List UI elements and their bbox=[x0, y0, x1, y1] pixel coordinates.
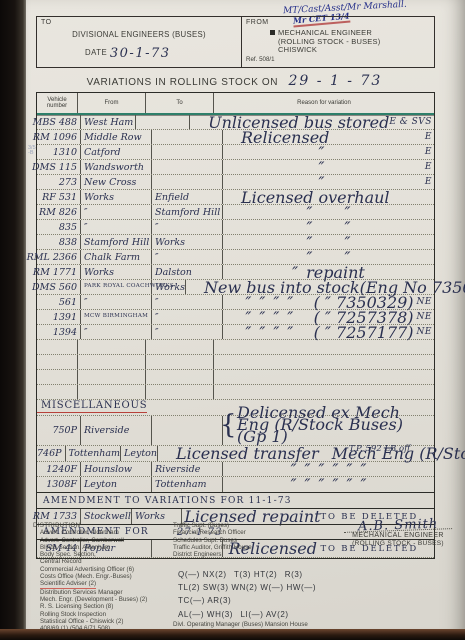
column-header-to: To bbox=[146, 93, 214, 113]
reason-text: ″ ″ ″ ″ bbox=[225, 323, 314, 342]
from-box: FROM MECHANICAL ENGINEER (ROLLING STOCK … bbox=[242, 17, 434, 67]
cell-empty bbox=[146, 340, 214, 354]
cell-to: ″ bbox=[152, 220, 223, 234]
garage-codes-line: TL(2) SW(3) WN(2) W(—) HW(—) bbox=[178, 581, 316, 594]
cell-vehicle-number: 1391 bbox=[37, 310, 81, 324]
cell-empty bbox=[214, 340, 434, 354]
distribution-item: Statistical Office - Chiswick (2) bbox=[33, 618, 173, 625]
garage-codes-line: AL(—) WH(3) LI(—) AV(2) bbox=[178, 608, 316, 621]
cell-vehicle-number: RML 2366 bbox=[37, 250, 81, 264]
cell-reason: ″ ″ ″ ″( ″ 7257177)NE bbox=[223, 325, 434, 339]
cell-vehicle-number: DMS 560 bbox=[37, 280, 81, 294]
cell-vehicle-number: RF 531 bbox=[37, 190, 81, 204]
cell-from: Works bbox=[81, 265, 152, 279]
cell-empty bbox=[146, 355, 214, 369]
distribution-title: DISTRIBUTION bbox=[33, 522, 173, 529]
garage-allocation-codes: Q(—) NX(2) T(3) HT(2) R(3)TL(2) SW(3) WN… bbox=[178, 568, 316, 621]
distribution-item: Advert. Controller, Aldenham bbox=[33, 529, 173, 536]
distribution-item: Distribution Services Manager bbox=[33, 589, 173, 596]
date-label: DATE bbox=[85, 48, 107, 57]
cell-vehicle-number: RM 1096 bbox=[37, 130, 81, 144]
column-header-from: From bbox=[78, 93, 146, 113]
status-code: E bbox=[418, 177, 432, 187]
cell-from: MCW BIRMINGHAM bbox=[81, 310, 152, 324]
cell-reason: ″ ″ ″ ″ ″ ″ bbox=[223, 477, 434, 492]
cell-empty bbox=[214, 385, 434, 399]
distribution-item: Costs Office (Mech. Engr.-Buses) bbox=[33, 573, 173, 580]
cell-vehicle-number: 835 bbox=[37, 220, 81, 234]
cell-to bbox=[152, 130, 223, 144]
cell-vehicle-number: 1394 bbox=[37, 325, 81, 339]
cell-from: Chalk Farm bbox=[81, 250, 152, 264]
table-row-empty bbox=[37, 370, 434, 385]
cell-from: Wandsworth bbox=[81, 160, 152, 174]
reference-number: Ref. 508/1 bbox=[246, 56, 275, 63]
table-row-empty bbox=[37, 355, 434, 370]
cell-to: Works bbox=[152, 280, 186, 294]
status-code: NE bbox=[417, 312, 432, 322]
cell-to: Leyton bbox=[121, 446, 158, 461]
cell-from: PARK ROYAL COACHWORKS bbox=[81, 280, 152, 294]
cell-to bbox=[152, 145, 223, 159]
column-header-reason: Reason for variation bbox=[214, 93, 434, 113]
title-date-handwritten: 29 - 1 - 73 bbox=[289, 73, 383, 89]
distribution-item: Blinds Section, Aldenham bbox=[33, 544, 173, 551]
status-code: NE bbox=[417, 327, 432, 337]
cell-empty bbox=[78, 385, 146, 399]
cell-from: Riverside bbox=[81, 416, 152, 445]
cell-to: ″ bbox=[152, 295, 223, 309]
table-body: MBS 488West HamUnlicensed bus storedE & … bbox=[37, 115, 434, 558]
distribution-left-column: DISTRIBUTION Advert. Controller, Aldenha… bbox=[33, 522, 173, 632]
cell-empty bbox=[146, 370, 214, 384]
date-value-handwritten: 30-1-73 bbox=[110, 46, 171, 61]
cell-vehicle-number: 1310 bbox=[37, 145, 81, 159]
cell-to: ″ bbox=[152, 250, 223, 264]
cell-from: Catford bbox=[81, 145, 152, 159]
signature-script: A.B. Smith bbox=[344, 520, 453, 533]
cell-vehicle-number: RM 1771 bbox=[37, 265, 81, 279]
distribution-item: Mech. Engr. (Development - Buses) (2) bbox=[33, 596, 173, 603]
cell-to: Riverside bbox=[152, 462, 223, 476]
distribution-item: Commercial Advertising Officer (6) bbox=[33, 566, 173, 573]
bullet-square-icon bbox=[270, 30, 275, 35]
cell-empty bbox=[78, 370, 146, 384]
variations-table: Vehicle number From To Reason for variat… bbox=[36, 92, 435, 559]
cell-reason: ″ ″ ″ ″ ″ ″ bbox=[223, 462, 434, 476]
garage-codes-line: Q(—) NX(2) T(3) HT(2) R(3) bbox=[178, 568, 316, 581]
cell-empty bbox=[37, 355, 78, 369]
status-code: E & SVS bbox=[389, 117, 432, 127]
table-row-empty bbox=[37, 385, 434, 400]
cell-vehicle-number: 273 bbox=[37, 175, 81, 189]
status-code: E bbox=[418, 132, 432, 142]
address-header: TO DIVISIONAL ENGINEERS (BUSES) DATE 30-… bbox=[36, 16, 435, 68]
cell-vehicle-number: RM 826 bbox=[37, 205, 81, 219]
table-row-empty bbox=[37, 340, 434, 355]
cell-to: Stamford Hill bbox=[152, 205, 223, 219]
cell-to: ″ bbox=[152, 310, 223, 324]
cell-empty bbox=[78, 340, 146, 354]
distribution-item: Financial Research Officer bbox=[173, 529, 323, 536]
column-header-vehicle-number: Vehicle number bbox=[37, 93, 78, 113]
distribution-item: Advert. Controller, Camberwell bbox=[33, 537, 173, 544]
distribution-item: District Engineers bbox=[173, 551, 323, 558]
sender-line3: CHISWICK bbox=[278, 46, 380, 55]
signature-block: A.B. Smith MECHANICAL ENGINEER (ROLLING … bbox=[328, 522, 465, 547]
section-label-miscellaneous: MISCELLANEOUS bbox=[37, 400, 147, 413]
sender-line1: MECHANICAL ENGINEER bbox=[278, 28, 372, 37]
cell-vehicle-number: 1308F bbox=[37, 477, 81, 492]
garage-codes-line: TC(—) AR(3) bbox=[178, 594, 316, 607]
cell-from: ″ bbox=[81, 205, 152, 219]
date-line: DATE 30-1-73 bbox=[85, 46, 171, 61]
cell-from: ″ bbox=[81, 295, 152, 309]
signatory-title-line2: (ROLLING STOCK - BUSES) bbox=[328, 540, 465, 547]
scanned-memo-page: MT/Cast/Asst/Mr Marshall. Mr CET 13/4 3/… bbox=[0, 0, 465, 640]
cell-from: New Cross bbox=[81, 175, 152, 189]
cell-empty bbox=[37, 385, 78, 399]
distribution-footer: Divl. Operating Manager (Buses) Mansion … bbox=[173, 621, 308, 628]
cell-from: West Ham bbox=[81, 115, 136, 129]
cell-vehicle-number: 746P bbox=[37, 446, 66, 461]
cell-empty bbox=[37, 340, 78, 354]
cell-to bbox=[152, 416, 223, 445]
table-row: 750PRiverside{Delicensed ex Mech Eng (R/… bbox=[37, 416, 434, 446]
cell-vehicle-number: DMS 115 bbox=[37, 160, 81, 174]
cell-to: Enfield bbox=[152, 190, 223, 204]
status-code: E bbox=[418, 147, 432, 157]
cell-empty bbox=[37, 370, 78, 384]
cell-to bbox=[136, 115, 191, 129]
margin-pencil-note: 3/5 -B bbox=[28, 146, 36, 156]
to-recipient: DIVISIONAL ENGINEERS (BUSES) bbox=[37, 30, 241, 39]
cell-from: Leyton bbox=[81, 477, 152, 492]
cell-from: Hounslow bbox=[81, 462, 152, 476]
cell-empty bbox=[146, 385, 214, 399]
cell-vehicle-number: 1240F bbox=[37, 462, 81, 476]
cell-reason: {Delicensed ex Mech Eng (R/Stock Buses) … bbox=[223, 416, 434, 445]
from-label: FROM bbox=[246, 19, 269, 26]
distribution-item: Central Record bbox=[33, 558, 173, 565]
cell-from: Middle Row bbox=[81, 130, 152, 144]
distribution-item: R. S. Licensing Section (8) bbox=[33, 603, 173, 610]
to-box: TO DIVISIONAL ENGINEERS (BUSES) DATE 30-… bbox=[37, 17, 242, 67]
table-row: 1308FLeytonTottenham″ ″ ″ ″ ″ ″ bbox=[37, 477, 434, 493]
status-code: NE bbox=[417, 297, 432, 307]
cell-to: Tottenham bbox=[152, 477, 223, 492]
cell-vehicle-number: MBS 488 bbox=[37, 115, 81, 129]
cell-to: Works bbox=[152, 235, 223, 249]
scan-left-edge bbox=[0, 0, 27, 640]
from-address: MECHANICAL ENGINEER (ROLLING STOCK - BUS… bbox=[270, 29, 380, 55]
distribution-item: Traffic Supt. (Buses) bbox=[173, 522, 323, 529]
cell-from: ″ bbox=[81, 325, 152, 339]
distribution-item: Schedules Supt. Buses bbox=[173, 537, 323, 544]
status-code: E bbox=[418, 162, 432, 172]
brace-mark: { bbox=[220, 412, 237, 438]
cell-from: Works bbox=[81, 190, 152, 204]
cell-from: ″ bbox=[81, 220, 152, 234]
cell-empty bbox=[78, 355, 146, 369]
cell-empty bbox=[214, 370, 434, 384]
amendment-heading: AMENDMENT TO VARIATIONS FOR 11-1-73 bbox=[37, 496, 292, 506]
cell-vehicle-number: 750P bbox=[37, 416, 81, 445]
cell-to bbox=[152, 175, 223, 189]
distribution-middle-column: Traffic Supt. (Buses)Financial Research … bbox=[173, 522, 323, 558]
reason-text: Delicensed ex Mech Eng (R/Stock Buses) (… bbox=[237, 407, 432, 443]
document-title: VARIATIONS IN ROLLING STOCK ON 29 - 1 - … bbox=[36, 72, 433, 90]
engine-number: ( ″ 7257177) bbox=[314, 323, 414, 342]
cell-empty bbox=[214, 355, 434, 369]
cell-to bbox=[152, 160, 223, 174]
distribution-item: Rolling Stock Inspection bbox=[33, 611, 173, 618]
table-row: 1394″″″ ″ ″ ″( ″ 7257177)NE bbox=[37, 325, 434, 340]
signatory-title-line1: MECHANICAL ENGINEER bbox=[328, 532, 465, 539]
cell-from: Stamford Hill bbox=[81, 235, 152, 249]
title-text: VARIATIONS IN ROLLING STOCK ON bbox=[87, 77, 278, 88]
distribution-item: Traffic Auditor, Griffith House bbox=[173, 544, 323, 551]
cell-vehicle-number: 838 bbox=[37, 235, 81, 249]
distribution-item: Body Spec. Section, bbox=[33, 551, 173, 558]
distribution-item: Scientific Adviser (2) bbox=[40, 580, 96, 588]
to-label: TO bbox=[41, 19, 52, 26]
scan-bottom-edge bbox=[0, 629, 465, 640]
cell-vehicle-number: 561 bbox=[37, 295, 81, 309]
cell-from: Tottenham bbox=[66, 446, 122, 461]
cell-to: ″ bbox=[152, 325, 223, 339]
